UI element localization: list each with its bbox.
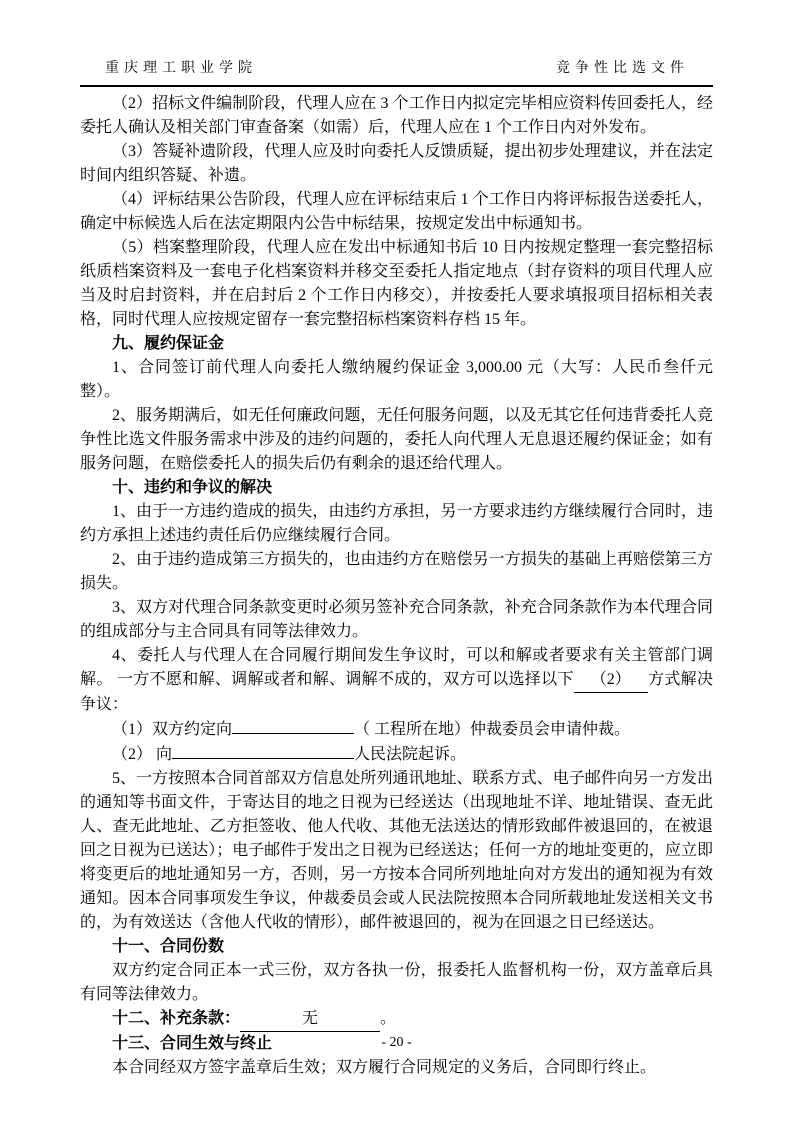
paragraph-section9-item1: 1、合同签订前代理人向委托人缴纳履约保证金 3,000.00 元（大写：人民币叁… — [80, 356, 713, 404]
court-text-before: （2） 向 — [112, 746, 172, 763]
heading-section-12-label: 十二、补充条款： — [112, 1010, 240, 1027]
arbitration-text-after: （ 工程所在地）仲裁委员会申请仲裁。 — [354, 721, 630, 738]
paragraph-stage-3: （3）答疑补遗阶段，代理人应及时向委托人反馈质疑，提出初步处理建议，并在法定时间… — [80, 140, 713, 188]
heading-section-9-performance-bond: 九、履约保证金 — [80, 332, 713, 356]
arbitration-text-before: （1）双方约定向 — [112, 721, 232, 738]
paragraph-stage-4: （4）评标结果公告阶段，代理人应在评标结束后 1 个工作日内将评标报告送委托人，… — [80, 188, 713, 236]
dispute-method-choice-blank: （2） — [574, 668, 648, 693]
paragraph-section10-item3: 3、双方对代理合同条款变更时必须另签补充合同条款，补充合同条款作为本代理合同的组… — [80, 596, 713, 644]
paragraph-section10-item2: 2、由于违约造成第三方损失的，也由违约方在赔偿另一方损失的基础上再赔偿第三方损失… — [80, 548, 713, 596]
header-left-title: 重庆理工职业学院 — [105, 60, 257, 78]
paragraph-stage-5: （5）档案整理阶段，代理人应在发出中标通知书后 10 日内按规定整理一套完整招标… — [80, 236, 713, 332]
arbitration-location-blank — [232, 717, 354, 734]
paragraph-stage-2: （2）招标文件编制阶段，代理人应在 3 个工作日内拟定完毕相应资料传回委托人，经… — [80, 92, 713, 140]
paragraph-section10-item4: 4、委托人与代理人在合同履行期间发生争议时，可以和解或者要求有关主管部门调解。 … — [80, 644, 713, 717]
heading-section-10-breach-disputes: 十、违约和争议的解决 — [80, 476, 713, 500]
page-number: - 20 - — [381, 1035, 411, 1050]
page-footer: - 20 - — [0, 1034, 793, 1052]
paragraph-arbitration-option: （1）双方约定向（ 工程所在地）仲裁委员会申请仲裁。 — [80, 717, 713, 742]
paragraph-section10-item5: 5、一方按照本合同首部双方信息处所列通讯地址、联系方式、电子邮件向另一方发出的通… — [80, 767, 713, 935]
document-body: （2）招标文件编制阶段，代理人应在 3 个工作日内拟定完毕相应资料传回委托人，经… — [80, 92, 713, 1080]
paragraph-section-12-supplementary-terms: 十二、补充条款：无。 — [80, 1007, 713, 1032]
heading-section-11-contract-copies: 十一、合同份数 — [80, 935, 713, 959]
header-right-title: 竞争性比选文件 — [556, 60, 689, 78]
section-12-suffix: 。 — [380, 1010, 396, 1027]
court-name-blank — [172, 742, 354, 759]
document-page: 重庆理工职业学院 竞争性比选文件 （2）招标文件编制阶段，代理人应在 3 个工作… — [0, 0, 793, 1122]
paragraph-section13-body: 本合同经双方签字盖章后生效；双方履行合同规定的义务后，合同即行终止。 — [80, 1056, 713, 1080]
paragraph-section9-item2: 2、服务期满后，如无任何廉政问题，无任何服务问题，以及无其它任何违背委托人竞争性… — [80, 404, 713, 476]
paragraph-section10-item1: 1、由于一方违约造成的损失，由违约方承担，另一方要求违约方继续履行合同时，违约方… — [80, 500, 713, 548]
paragraph-court-option: （2） 向人民法院起诉。 — [80, 742, 713, 767]
court-text-after: 人民法院起诉。 — [354, 746, 466, 763]
supplementary-terms-blank: 无 — [240, 1007, 380, 1032]
paragraph-section11-body: 双方约定合同正本一式三份，双方各执一份，报委托人监督机构一份，双方盖章后具有同等… — [80, 959, 713, 1007]
page-header: 重庆理工职业学院 竞争性比选文件 — [80, 60, 713, 87]
